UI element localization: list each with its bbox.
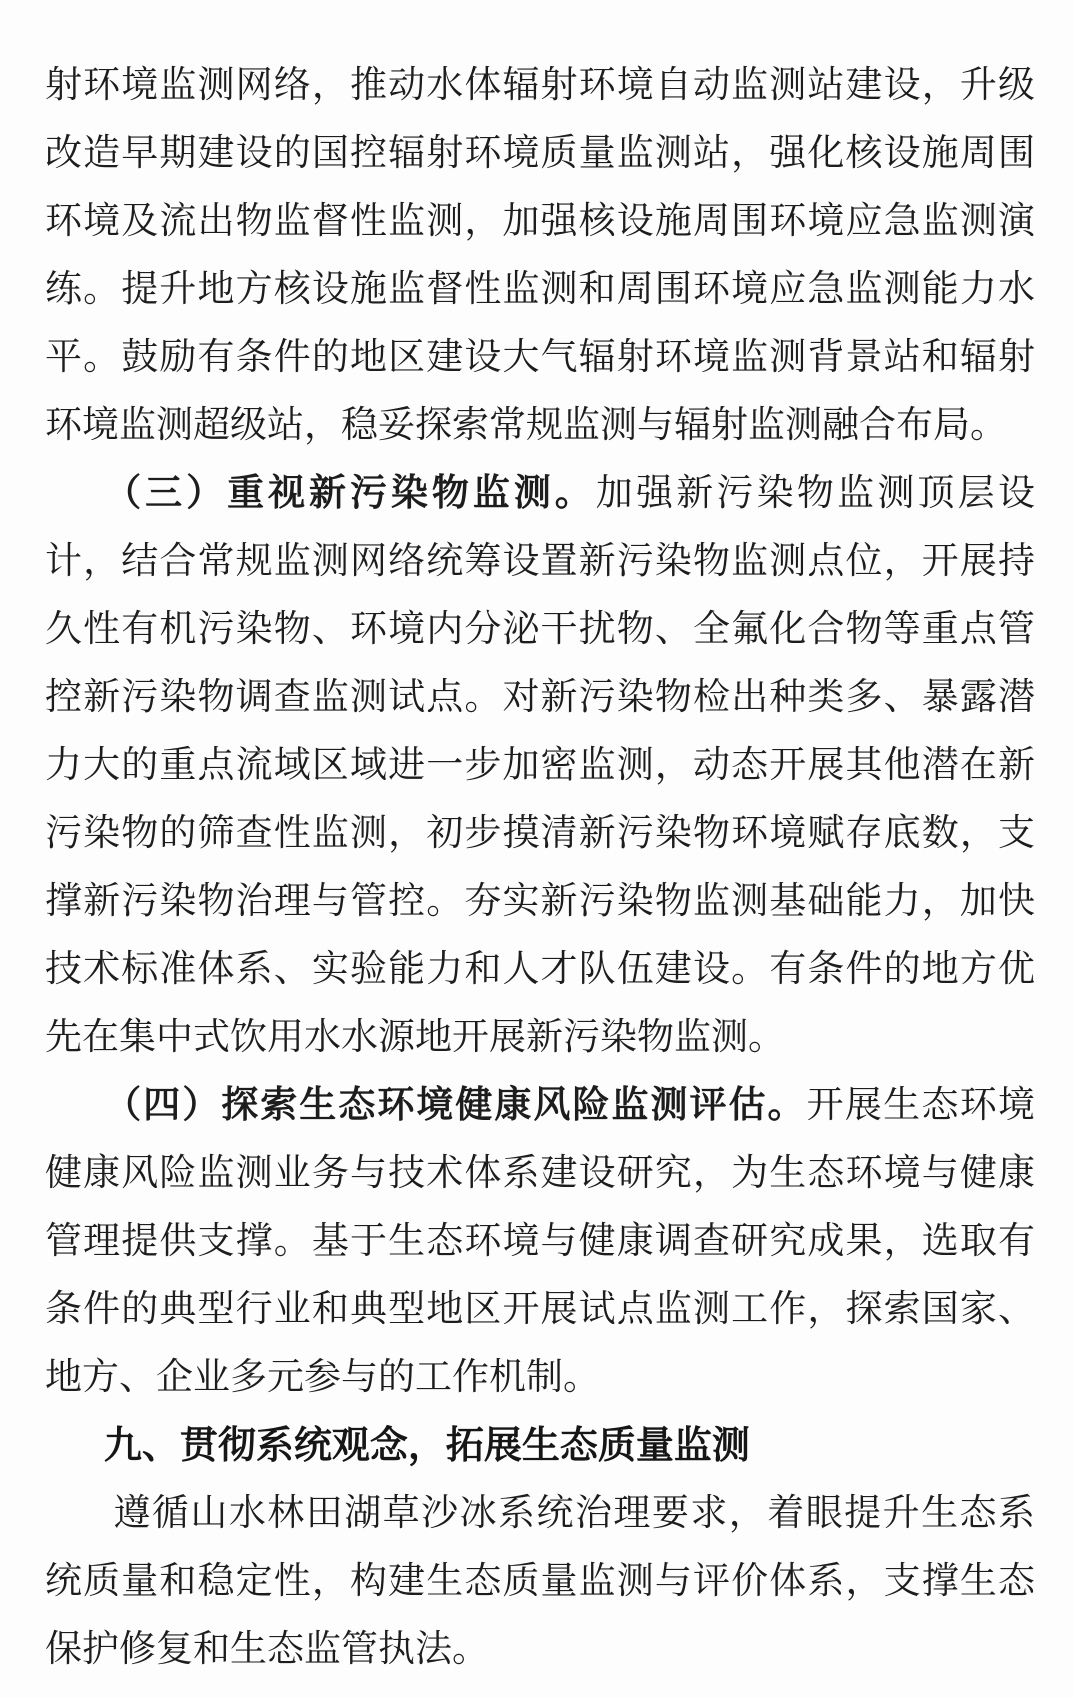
paragraph-eco-health-risk: （四）探索生态环境健康风险监测评估。开展生态环境健康风险监测业务与技术体系建设研…: [45, 1072, 1035, 1412]
paragraph-lead-bold: （四）探索生态环境健康风险监测评估。: [104, 1085, 806, 1126]
paragraph-text: 开展生态环境健康风险监测业务与技术体系建设研究，为生态环境与健康管理提供支撑。基…: [45, 1085, 1035, 1398]
paragraph-eco-quality-intro: 遵循山水林田湖草沙冰系统治理要求，着眼提升生态系统质量和稳定性，构建生态质量监测…: [45, 1480, 1035, 1684]
paragraph-text: 加强新污染物监测顶层设计，结合常规监测网络统筹设置新污染物监测点位，开展持久性有…: [45, 473, 1035, 1058]
paragraph-text: 遵循山水林田湖草沙冰系统治理要求，着眼提升生态系统质量和稳定性，构建生态质量监测…: [45, 1493, 1035, 1670]
paragraph-radiation-monitoring: 射环境监测网络，推动水体辐射环境自动监测站建设，升级改造早期建设的国控辐射环境质…: [45, 52, 1035, 460]
document-page: 射环境监测网络，推动水体辐射环境自动监测站建设，升级改造早期建设的国控辐射环境质…: [0, 0, 1074, 1698]
section-heading-nine: 九、贯彻系统观念，拓展生态质量监测: [45, 1412, 1035, 1480]
paragraph-text: 射环境监测网络，推动水体辐射环境自动监测站建设，升级改造早期建设的国控辐射环境质…: [45, 65, 1035, 446]
paragraph-lead-bold: （三）重视新污染物监测。: [104, 473, 596, 514]
paragraph-new-pollutant-monitoring: （三）重视新污染物监测。加强新污染物监测顶层设计，结合常规监测网络统筹设置新污染…: [45, 460, 1035, 1072]
